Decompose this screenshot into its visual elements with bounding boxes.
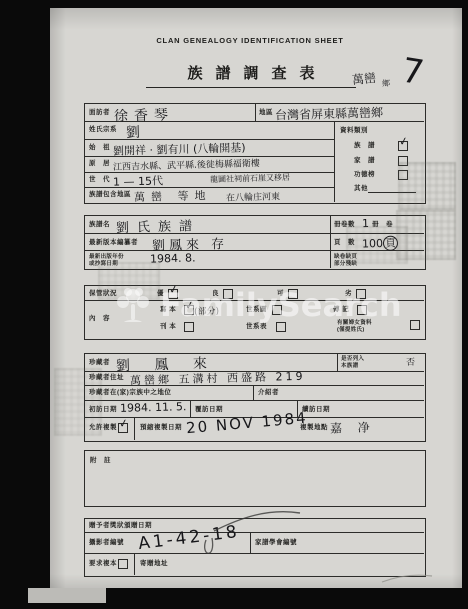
surname-value: 劉 — [126, 122, 141, 142]
compiler-label: 最新版本編纂者 — [89, 239, 138, 247]
listed-in-label: 是否列入本族譜 — [341, 356, 364, 369]
checkbox-manuscript: ✓ — [184, 305, 194, 315]
copy-request-label: 要求複本 — [89, 560, 117, 568]
notes-box — [84, 450, 426, 507]
generations-label: 世 代 — [89, 176, 110, 184]
checkbox-pedigree-chart — [272, 305, 282, 315]
content-pedigree-chart-label: 世系圖 — [246, 306, 267, 314]
mailing-address-label: 寄贈地址 — [140, 560, 168, 568]
corner-note-place: 萬巒 — [351, 69, 377, 88]
document-title-en: CLAN GENEALOGY IDENTIFICATION SHEET — [104, 36, 396, 45]
generations-value: 1 — 15代 — [113, 172, 163, 189]
film-place-value: 嘉 净 — [330, 418, 376, 436]
area-label: 地區 — [259, 109, 273, 117]
area-value: 台灣省屏東縣萬巒鄉 — [275, 104, 383, 124]
notes-label: 附 註 — [90, 457, 111, 465]
checkbox-copy-request — [118, 559, 128, 569]
scanned-document: CLAN GENEALOGY IDENTIFICATION SHEET 族譜調查… — [0, 0, 468, 609]
category-option-clan-genealogy: 族 譜 — [354, 142, 375, 150]
checkbox-pedigree-table — [276, 322, 286, 332]
genealogy-title-label: 族譜名 — [89, 221, 110, 229]
checkbox-condition-excellent: ✓ — [168, 289, 178, 299]
checkbox-condition-poor — [356, 289, 366, 299]
content-manuscript-note: (部分) — [194, 304, 219, 318]
category-option-merit-board: 功德榜 — [354, 171, 375, 179]
coverage-label: 族譜包含地區 — [89, 191, 131, 199]
checkbox-condition-fair — [288, 289, 298, 299]
category-option-family-genealogy: 家 譜 — [354, 157, 375, 165]
content-manuscript-label: 寫 本 — [160, 306, 176, 314]
film-place-label: 複製地點 — [300, 424, 328, 432]
condition-good-label: 良 — [212, 290, 219, 298]
interviewer-value: 徐香琴 — [114, 104, 175, 126]
checkbox-women-info — [410, 320, 420, 330]
surname-label: 姓氏宗系 — [89, 126, 117, 134]
checkbox-condition-good — [223, 289, 233, 299]
photographer-number-label: 攝影者編號 — [89, 539, 124, 547]
archive-stamp — [98, 262, 160, 300]
content-pedigree-table-label: 世系表 — [246, 323, 267, 331]
category-other-label: 其他 — [354, 185, 368, 193]
document-title-zh: 族譜調查表 — [146, 62, 356, 88]
interviewer-label: 面訪者 — [89, 109, 110, 117]
listed-in-value: 否 — [406, 355, 415, 368]
introducer-label: 介紹者 — [258, 389, 279, 397]
owner-label: 珍藏者 — [89, 359, 110, 367]
coverage-note: 在八輪庄河東 — [226, 189, 280, 203]
scan-artifact — [28, 588, 106, 603]
award-date-label: 贈予者獎狀頒贈日期 — [89, 522, 152, 530]
condition-poor-label: 劣 — [345, 290, 352, 298]
checkbox-printed — [184, 322, 194, 332]
condition-fair-label: 可 — [277, 290, 284, 298]
checkbox-clan-genealogy: ✓ — [398, 141, 408, 151]
origin-label: 原 居 — [89, 160, 110, 168]
society-number-label: 家譜學會編號 — [255, 539, 297, 547]
archive-stamp — [398, 162, 456, 210]
first-ancestor-label: 始 祖 — [89, 144, 110, 152]
content-printed-label: 刊 本 — [160, 323, 176, 331]
generations-note: 龍圖社祠前石崖又移居 — [210, 172, 290, 185]
content-biography-label: 傳 記 — [333, 306, 349, 314]
second-visit-label: 覆訪日期 — [195, 406, 223, 414]
category-label: 資料類別 — [340, 127, 368, 135]
content-women-info-label: 有關婦女資料(僅提姓氏) — [337, 320, 372, 333]
genealogy-title-value: 劉氏族譜 — [116, 215, 200, 236]
first-visit-value: 1984. 11. 5. — [120, 400, 187, 415]
corner-note-suffix: 鄉 — [382, 78, 390, 89]
archive-stamp — [346, 226, 408, 264]
content-label: 內 容 — [89, 315, 110, 323]
checkbox-copy-permission: ✓ — [118, 423, 128, 433]
archive-stamp — [54, 368, 102, 436]
film-date-label: 預縮複製日期 — [140, 424, 182, 432]
checkbox-biography — [357, 305, 367, 315]
coverage-value: 萬巒 等地 — [134, 187, 212, 205]
